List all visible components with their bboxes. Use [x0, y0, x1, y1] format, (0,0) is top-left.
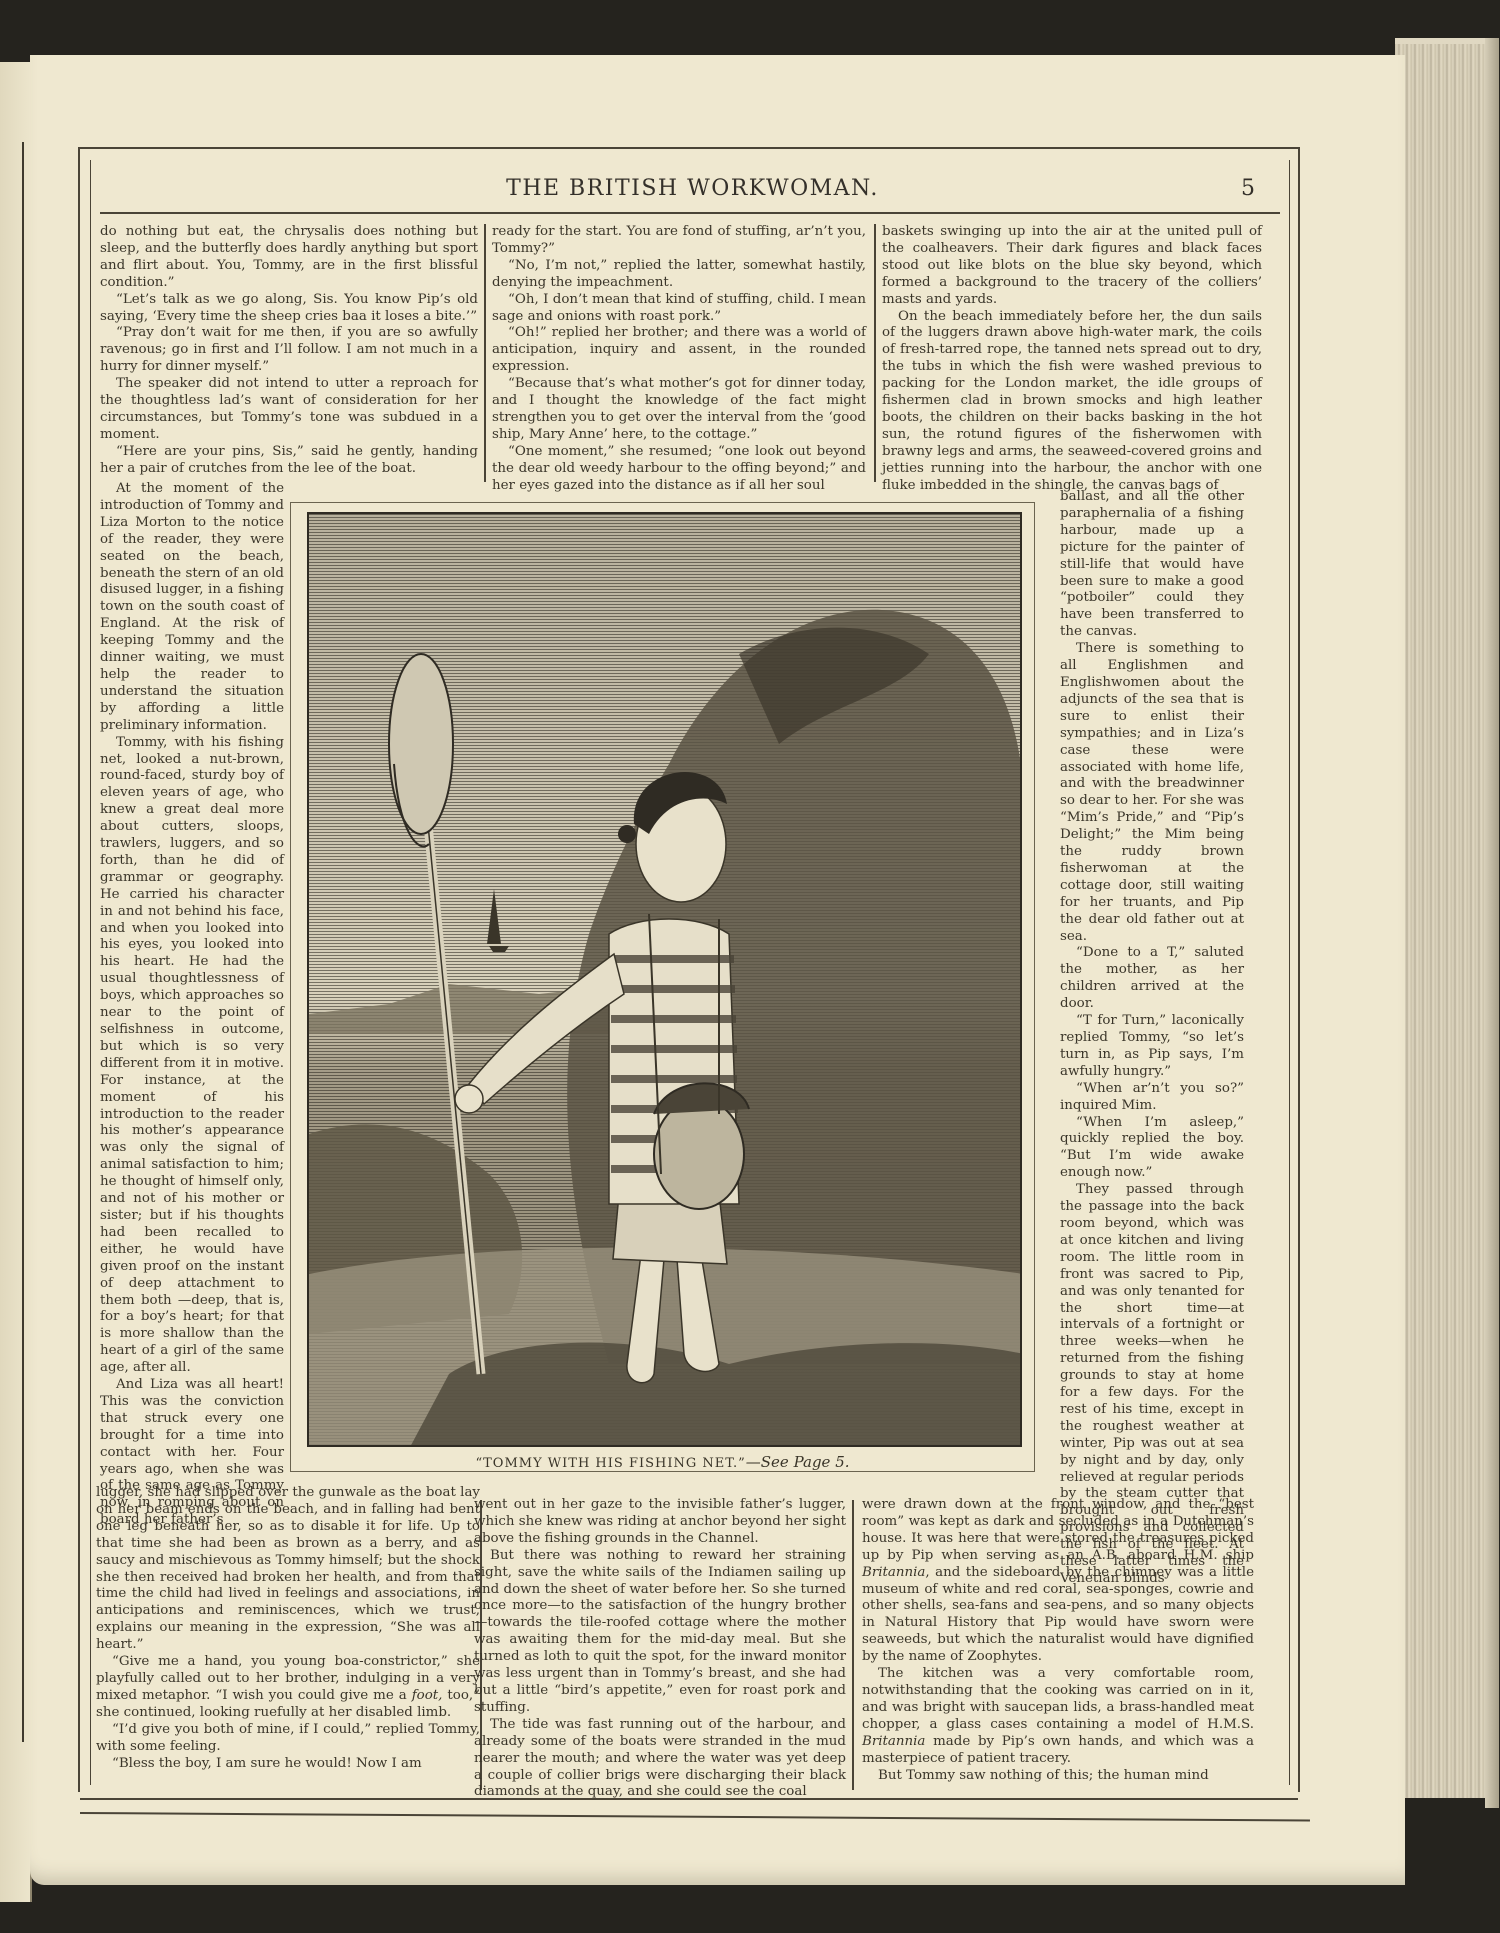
paragraph: On the beach immediately before her, the…	[882, 309, 1262, 495]
facing-page-edge	[0, 62, 32, 1902]
column-3-top: baskets swinging up into the air at the …	[882, 224, 1262, 495]
publication-title: THE BRITISH WORKWOMAN.	[100, 176, 1285, 201]
paragraph: “T for Turn,” laconically replied Tommy,…	[1060, 1013, 1244, 1081]
caption-title: “TOMMY WITH HIS FISHING NET.”	[475, 1456, 745, 1471]
paragraph: baskets swinging up into the air at the …	[882, 224, 1262, 309]
paragraph: “When ar’n’t you so?” inquired Mim.	[1060, 1081, 1244, 1115]
paragraph: “When I’m asleep,” quickly replied the b…	[1060, 1115, 1244, 1183]
paragraph: ready for the start. You are fond of stu…	[492, 224, 866, 258]
paragraph: “Pray don’t wait for me then, if you are…	[100, 325, 478, 376]
paragraph: “No, I’m not,” replied the latter, somew…	[492, 258, 866, 292]
column-2-top: ready for the start. You are fond of stu…	[492, 224, 866, 495]
column-divider-1-top	[484, 224, 486, 482]
paragraph: There is something to all Englishmen and…	[1060, 641, 1244, 945]
paragraph: “One moment,” she resumed; “one look out…	[492, 444, 866, 495]
paragraph: At the moment of the introduction of Tom…	[100, 481, 284, 735]
page-number: 5	[1241, 176, 1255, 201]
column-1-bottom: lugger, she had slipped over the gunwale…	[96, 1485, 480, 1772]
paragraph: “Bless the boy, I am sure he would! Now …	[96, 1756, 480, 1773]
paragraph: “Let’s talk as we go along, Sis. You kno…	[100, 292, 478, 326]
paragraph: “Oh!” replied her brother; and there was…	[492, 325, 866, 376]
paragraph: The kitchen was a very comfortable room,…	[862, 1666, 1254, 1767]
column-3-narrow: ballast, and all the other paraphernalia…	[1060, 489, 1244, 1588]
italic-text: Britannia	[862, 1565, 925, 1580]
column-1-top: do nothing but eat, the chrysalis does n…	[100, 224, 478, 478]
column-1-narrow: At the moment of the introduction of Tom…	[100, 481, 284, 1529]
column-2-bottom: went out in her gaze to the invisible fa…	[474, 1497, 846, 1801]
facing-page-rule	[22, 142, 24, 1742]
paragraph: “Give me a hand, you young boa-constrict…	[96, 1654, 480, 1722]
page-stack-edge	[1395, 38, 1485, 1798]
paragraph: lugger, she had slipped over the gunwale…	[96, 1485, 480, 1654]
paragraph: were drawn down at the front window, and…	[862, 1497, 1254, 1666]
paragraph: “I’d give you both of mine, if I could,”…	[96, 1722, 480, 1756]
engraving-tommy-with-fishing-net	[307, 512, 1022, 1447]
paragraph: went out in her gaze to the invisible fa…	[474, 1497, 846, 1548]
column-3-bottom: were drawn down at the front window, and…	[862, 1497, 1254, 1784]
masthead-rule	[100, 212, 1280, 214]
paragraph: “Done to a T,” saluted the mother, as he…	[1060, 945, 1244, 1013]
paragraph: The tide was fast running out of the har…	[474, 1717, 846, 1802]
paragraph: But Tommy saw nothing of this; the human…	[862, 1768, 1254, 1785]
paragraph: “Oh, I don’t mean that kind of stuffing,…	[492, 292, 866, 326]
paragraph: ballast, and all the other paraphernalia…	[1060, 489, 1244, 641]
caption-page-reference: —See Page 5.	[746, 1453, 850, 1471]
illustration-caption: “TOMMY WITH HIS FISHING NET.”—See Page 5…	[290, 1453, 1035, 1471]
paragraph: do nothing but eat, the chrysalis does n…	[100, 224, 478, 292]
engraving-art	[309, 514, 1022, 1447]
column-divider-2-top	[874, 224, 876, 482]
paragraph: “Because that’s what mother’s got for di…	[492, 376, 866, 444]
paragraph: Tommy, with his fishing net, looked a nu…	[100, 735, 284, 1377]
column-divider-2-bottom	[852, 1500, 854, 1790]
paragraph: But there was nothing to reward her stra…	[474, 1548, 846, 1717]
paragraph: The speaker did not intend to utter a re…	[100, 376, 478, 444]
paragraph: “Here are your pins, Sis,” said he gentl…	[100, 444, 478, 478]
italic-text: foot,	[412, 1688, 443, 1703]
masthead: THE BRITISH WORKWOMAN. 5	[100, 172, 1285, 206]
italic-text: Britannia	[862, 1734, 925, 1749]
